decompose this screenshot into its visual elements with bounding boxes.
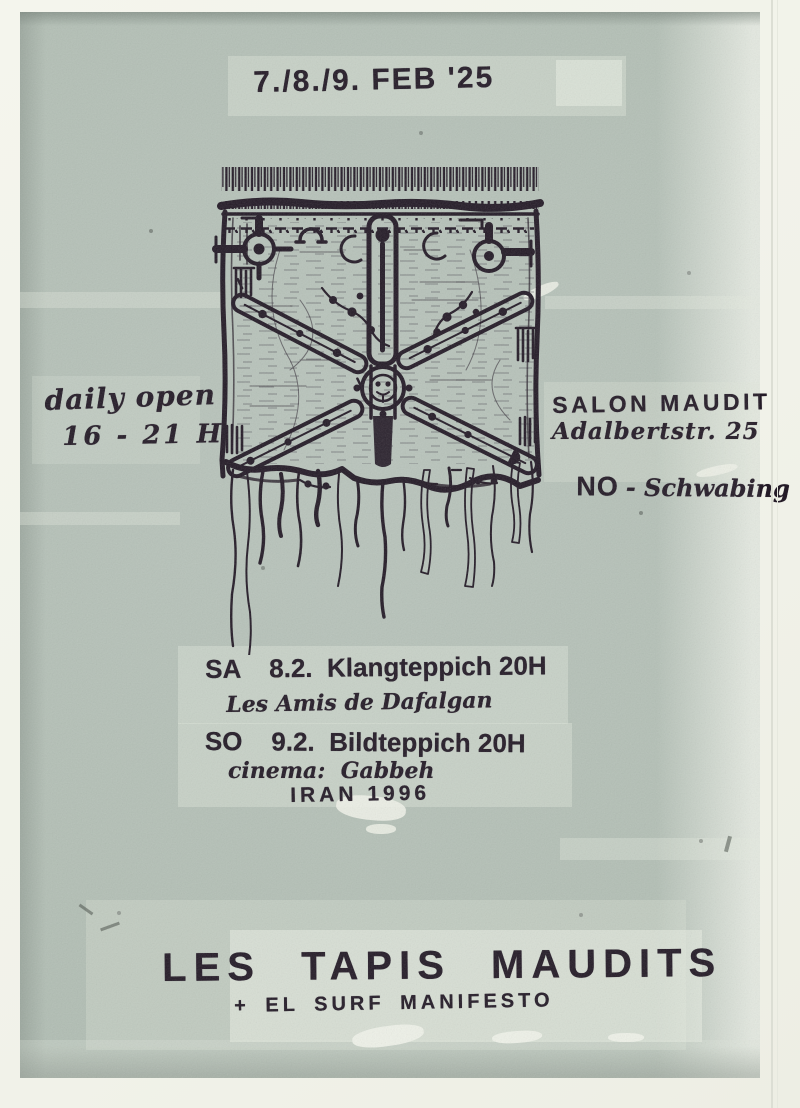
opening-hours-line2: 16 - 21 H (62, 419, 224, 452)
scuff-mark (608, 1033, 644, 1042)
scuff-mark (366, 824, 396, 834)
program-line-cinema: cinema: Gabbeh (228, 758, 435, 784)
scan-seam-line (771, 0, 773, 1108)
venue-name: SALON MAUDIT (552, 388, 771, 419)
venue-district-rest: - Schwabing (626, 473, 790, 503)
program-line-band: Les Amis de Dafalgan (226, 687, 493, 718)
opening-hours-line1: daily open (44, 378, 216, 417)
program-line-saturday: SA 8.2. Klangteppich 20H (205, 650, 547, 685)
poster-title: LES TAPIS MAUDITS (162, 941, 722, 991)
ink-specks (0, 0, 2, 2)
program-line-sunday: SO 9.2. Bildteppich 20H (205, 726, 526, 759)
scan-streak (545, 296, 760, 309)
scan-seam-line (777, 0, 778, 1108)
date-line: 7./8./9. FEB '25 (253, 61, 495, 100)
carpet-drawing-icon (200, 155, 560, 655)
scanned-poster: 7./8./9. FEB '25 daily open 16 - 21 H SA… (0, 0, 800, 1108)
scan-streak (20, 512, 180, 525)
venue-district-prefix: NO (576, 471, 619, 501)
program-line-film-year: IRAN 1996 (290, 782, 430, 808)
venue-address: Adalbertstr. 25 (552, 418, 760, 445)
tape-strip (556, 60, 622, 106)
scan-streak (20, 292, 225, 308)
venue-district: NO- Schwabing (549, 443, 790, 532)
